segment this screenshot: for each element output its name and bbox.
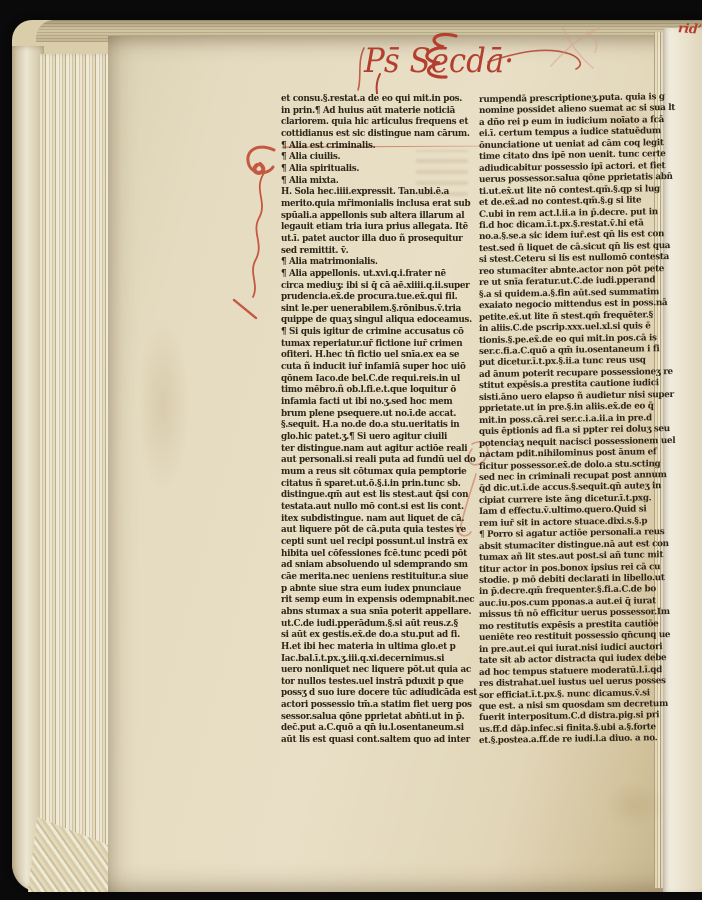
text-line: qōnem Iaco.de bel.C.de requi.reis.in ul [281, 374, 464, 386]
text-line: ¶ Alia appellonis. ut.xvi.q.i.frater nē [281, 269, 464, 281]
text-line: testata.aut nullo mō cont.si est lis con… [281, 502, 464, 514]
text-line: cepti sunt uel recipi possunt.ul instrā … [281, 537, 464, 549]
text-line: ut.ī. patet auctor illa duo ñ prosequitu… [281, 234, 464, 246]
text-line: dec̄.put a.C.quō a qn̄ iu.l.osentaneum.s… [281, 723, 464, 735]
text-line: cottidianus est sic distingue nam cārum. [281, 129, 464, 141]
text-line: sint le.per uenerabilem.§.rōnibus.v̄.tri… [281, 304, 464, 316]
text-line: ut.C.de iudi.pperādum.§.si aūt reus.z.§ [281, 619, 464, 631]
text-line: timo mēbro.ñ ob.l.fi.e.t.que loquitur ō [281, 385, 464, 397]
text-line: sed remittit. v̄. [281, 246, 464, 258]
text-line: actori possessio tm̄.a statim fiet uerg … [281, 700, 464, 712]
text-line: quippe de quaʒ singul aliqua edoceamus. [281, 315, 464, 327]
text-line: infamia facti ut ibi no.ʒ.sed hoc mem [281, 397, 464, 409]
text-line: H.et ibi hec materia in ultima glo.et p [281, 642, 464, 654]
neighbor-page-note: rid’ [677, 21, 701, 38]
next-page-sliver [663, 28, 702, 892]
text-line: rit semp eum in expensis odempnabit.nec [281, 595, 464, 607]
text-line: ¶ Alia mixta. [281, 176, 464, 188]
text-line: abns stumax a sua snīa poterit appellare… [281, 607, 464, 619]
text-line: Iac.bal.ī.t.px.ʒ.iii.q.xi.decernimus.si [281, 654, 464, 666]
text-line: aut personali.si reali puta ad fundū uel… [281, 455, 464, 467]
text-line: ¶ Alia matrimonialis. [281, 257, 464, 269]
text-line: mum a reus sit cōtumax quia pemptorie [281, 467, 464, 479]
text-line: possʒ d suo iure docere tūc adiudicāda e… [281, 688, 464, 700]
text-line: merito.quia mr̄imonialis inclusa erat su… [281, 199, 464, 211]
text-column-right: rumpendā prescriptioneʒ.puta. quia is gn… [479, 92, 664, 748]
text-line: itex subdistingue. nam aut liquet de cā. [281, 514, 464, 526]
text-line: ¶ Alia spiritualis. [281, 164, 464, 176]
rubric-header-text: Ps̄ Sēcdā· [363, 41, 514, 81]
text-line: si aūt ex gestis.ex̄.de do.a stu.put ad … [281, 630, 464, 642]
text-column-left: et consu.§.restat.a de eo qui mit.in pos… [281, 94, 464, 747]
text-line: distingue.qm̄ aut est lis stest.aut q̄si… [281, 490, 464, 502]
text-line: prudencia.ex̄.de procura.tue.ex̄.qui fil… [281, 292, 464, 304]
text-line: tumax reperiatur.ur̄ fictione iur̄ crime… [281, 339, 464, 351]
photo-background: { "rubric_header": { "text": "Ps\u0304 S… [0, 0, 702, 900]
text-line: ad sniam absoluendo ul sdemprando sm [281, 560, 464, 572]
text-line: in prin.¶ Ad huius aūt materie noticiā [281, 106, 464, 118]
text-line: cuta ñ inducit iur̄ infamiā super hoc ui… [281, 362, 464, 374]
text-line: glo.hic patet.ʒ.¶ Si uero agitur ciuili [281, 432, 464, 444]
text-line: ¶ Alia est criminalis. [281, 141, 464, 153]
text-line: uero nonliquet nec liquere pōt.ut quia a… [281, 665, 464, 677]
text-line: et consu.§.restat.a de eo qui mit.in pos… [281, 94, 464, 106]
text-line: cāe merita.nec ueniens restituitur.a siu… [281, 572, 464, 584]
text-line: sessor.salua qōne pprietat abn̄ti.ut in … [281, 712, 464, 724]
text-line: ¶ Alia ciuilis. [281, 152, 464, 164]
text-line: aut liquere pōt de cā.puta quia testes r… [281, 525, 464, 537]
text-line: circa mediuʒ: ibi si q̄ cā aē.xiiii.q.ii… [281, 281, 464, 293]
text-line: clariorem. quia hic articulus frequens e… [281, 117, 464, 129]
text-line: ¶ Si quis igitur de crimine accusatus cō [281, 327, 464, 339]
text-line: hibita uel cōfessiones fcē.tunc pcedi pō… [281, 549, 464, 561]
text-line: legauit etiam tria iura prius allegata. … [281, 222, 464, 234]
text-line: ter distingue.nam aut agitur actiōe real… [281, 444, 464, 456]
text-line: p abnte siue stra eum iudex pnunciaue [281, 584, 464, 596]
text-line: §.sequit. H.a no.de do.a stu.ueritatis i… [281, 420, 464, 432]
text-line: spūali.a appellonis sub altera illarum a… [281, 211, 464, 223]
text-line: citatus ñ sparet.ut.ō.§.i.in prin.tunc s… [281, 479, 464, 491]
text-line: ofiteri. H.hec tn̄ fictio uel snīa.ex ea… [281, 350, 464, 362]
ghost-flourish-icon [543, 22, 605, 78]
text-line: aūt lis est quasi cont.saltem quo ad int… [281, 735, 464, 747]
text-line: brum plene psequere.ut no.ī.de accat. [281, 409, 464, 421]
text-line: tor nullos testes.uel instrā pduxit p qu… [281, 677, 464, 689]
text-line: H. Sola hec.iiii.expressit. Tan.ubi.ē.a [281, 187, 464, 199]
